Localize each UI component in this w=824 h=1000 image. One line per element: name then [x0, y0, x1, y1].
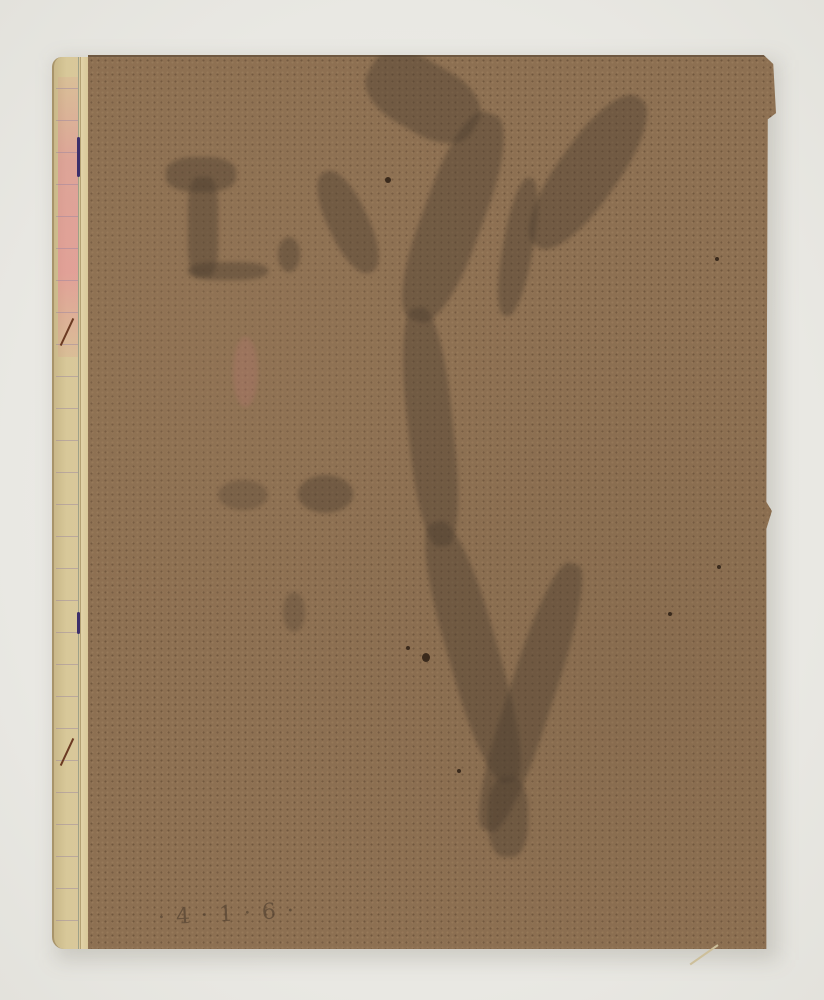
ink-dot [717, 565, 721, 569]
ink-dot [406, 646, 410, 650]
notebook: · 4 · 1 · 6 · [52, 55, 776, 949]
spine-page-lines [56, 57, 78, 949]
pencil-inscription: · 4 · 1 · 6 · [157, 898, 296, 930]
pink-tint-mark [233, 337, 258, 407]
ink-dot [385, 177, 391, 183]
stain-l-dot [278, 237, 300, 272]
stain-splotch [283, 592, 305, 632]
ink-dot [457, 769, 461, 773]
stain-splotch [298, 475, 353, 513]
spine-margin-line [78, 57, 79, 949]
stain-splotch [218, 480, 268, 510]
ink-dot [715, 257, 719, 261]
stain-v-left-stroke [396, 305, 466, 548]
ink-dot [668, 612, 672, 616]
stain-v-middle-stroke [491, 175, 545, 318]
notebook-spine [52, 57, 90, 949]
stain-side-streak [307, 164, 390, 281]
notebook-cover: · 4 · 1 · 6 · [88, 55, 776, 949]
stain-v-point [488, 777, 528, 857]
stain-l-foot [188, 262, 268, 280]
ink-dot [422, 653, 430, 662]
